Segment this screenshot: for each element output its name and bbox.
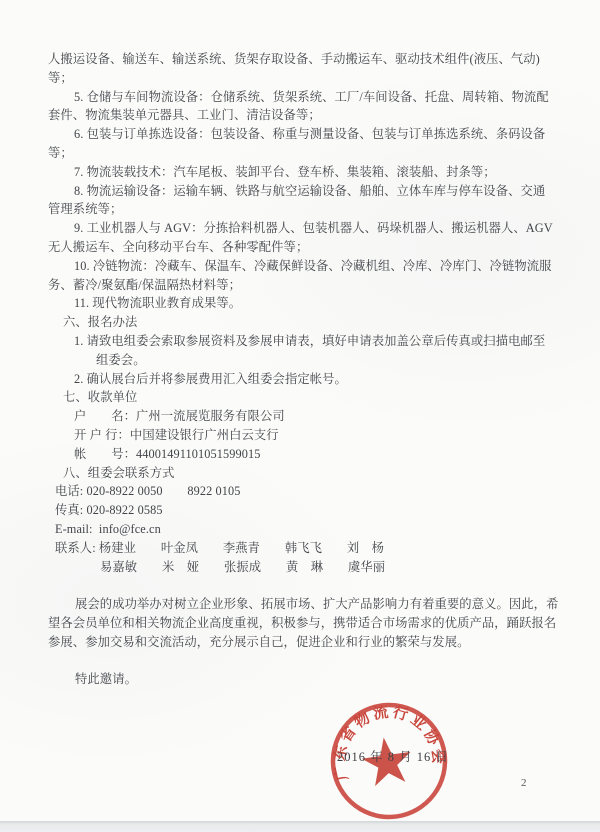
text-line xyxy=(48,652,564,671)
text-line: E-mail: info@fce.cn xyxy=(48,520,564,539)
text-line: 展会的成功举办对树立企业形象、拓展市场、扩大产品影响力有着重要的意义。因此，希 xyxy=(48,595,564,614)
text-line: 联系人: 杨建业 叶金凤 李燕青 韩飞飞 刘 杨 xyxy=(48,539,564,558)
text-line: 电话: 020-8922 0050 8922 0105 xyxy=(48,482,564,501)
text-line: 七、收款单位 xyxy=(48,388,564,407)
text-line: 1. 请致电组委会索取参展资料及参展申请表，填好申请表加盖公章后传真或扫描电邮至 xyxy=(48,332,564,351)
text-line: 传真: 020-8922 0585 xyxy=(48,501,564,520)
text-line: 特此邀请。 xyxy=(48,670,564,689)
text-line: 6. 包装与订单拣选设备：包装设备、称重与测量设备、包装与订单拣选系统、条码设备 xyxy=(48,125,564,144)
scan-bottom-edge xyxy=(0,821,600,832)
scanned-letter-page: 人搬运设备、输送车、输送系统、货架存取设备、手动搬运车、驱动技术组件(液压、气动… xyxy=(0,0,600,832)
text-line: 望各会员单位和相关物流企业高度重视，积极参与，携带适合市场需求的优质产品，踊跃报… xyxy=(48,614,564,633)
text-line: 管理系统等； xyxy=(48,200,564,219)
text-line: 等； xyxy=(48,69,564,88)
text-line: 人搬运设备、输送车、输送系统、货架存取设备、手动搬运车、驱动技术组件(液压、气动… xyxy=(48,50,564,69)
text-line: 8. 物流运输设备：运输车辆、铁路与航空运输设备、船舶、立体车库与停车设备、交通 xyxy=(48,182,564,201)
text-line: 八、组委会联系方式 xyxy=(48,464,564,483)
text-line: 户 名：广州一流展览服务有限公司 xyxy=(48,407,564,426)
text-line: 易嘉敏 米 娅 张振成 黄 琳 虞华丽 xyxy=(48,558,564,577)
text-line: 参展、参加交易和交流活动，充分展示自己，促进企业和行业的繁荣与发展。 xyxy=(48,633,564,652)
text-line: 5. 仓储与车间物流设备：仓储系统、货架系统、工厂/车间设备、托盘、周转箱、物流… xyxy=(48,88,564,107)
text-line: 9. 工业机器人与 AGV：分拣拾料机器人、包装机器人、码垛机器人、搬运机器人、… xyxy=(48,219,564,238)
text-line: 无人搬运车、全向移动平台车、各种零配件等； xyxy=(48,238,564,257)
text-line: 务、蓄冷/聚氨酯/保温隔热材料等； xyxy=(48,276,564,295)
text-line: 开 户 行：中国建设银行广州白云支行 xyxy=(48,426,564,445)
text-line xyxy=(48,576,564,595)
text-line: 等； xyxy=(48,144,564,163)
text-line: 组委会。 xyxy=(48,351,564,370)
page-number: 2 xyxy=(521,777,527,789)
text-line: 六、报名办法 xyxy=(48,313,564,332)
letter-body: 人搬运设备、输送车、输送系统、货架存取设备、手动搬运车、驱动技术组件(液压、气动… xyxy=(48,50,564,689)
text-line: 帐 号：44001491101051599015 xyxy=(48,445,564,464)
text-line: 套件、物流集装单元器具、工业门、清洁设备等； xyxy=(48,106,564,125)
text-line: 10. 冷链物流：冷藏车、保温车、冷藏保鲜设备、冷藏机组、冷库、冷库门、冷链物流… xyxy=(48,257,564,276)
text-line: 7. 物流装载技术：汽车尾板、装卸平台、登车桥、集装箱、滚装船、封条等； xyxy=(48,163,564,182)
text-line: 11. 现代物流职业教育成果等。 xyxy=(48,294,564,313)
letter-date: 2016 年 8 月 16 日 xyxy=(337,747,449,765)
text-line: 2. 确认展台后并将参展费用汇入组委会指定帐号。 xyxy=(48,370,564,389)
